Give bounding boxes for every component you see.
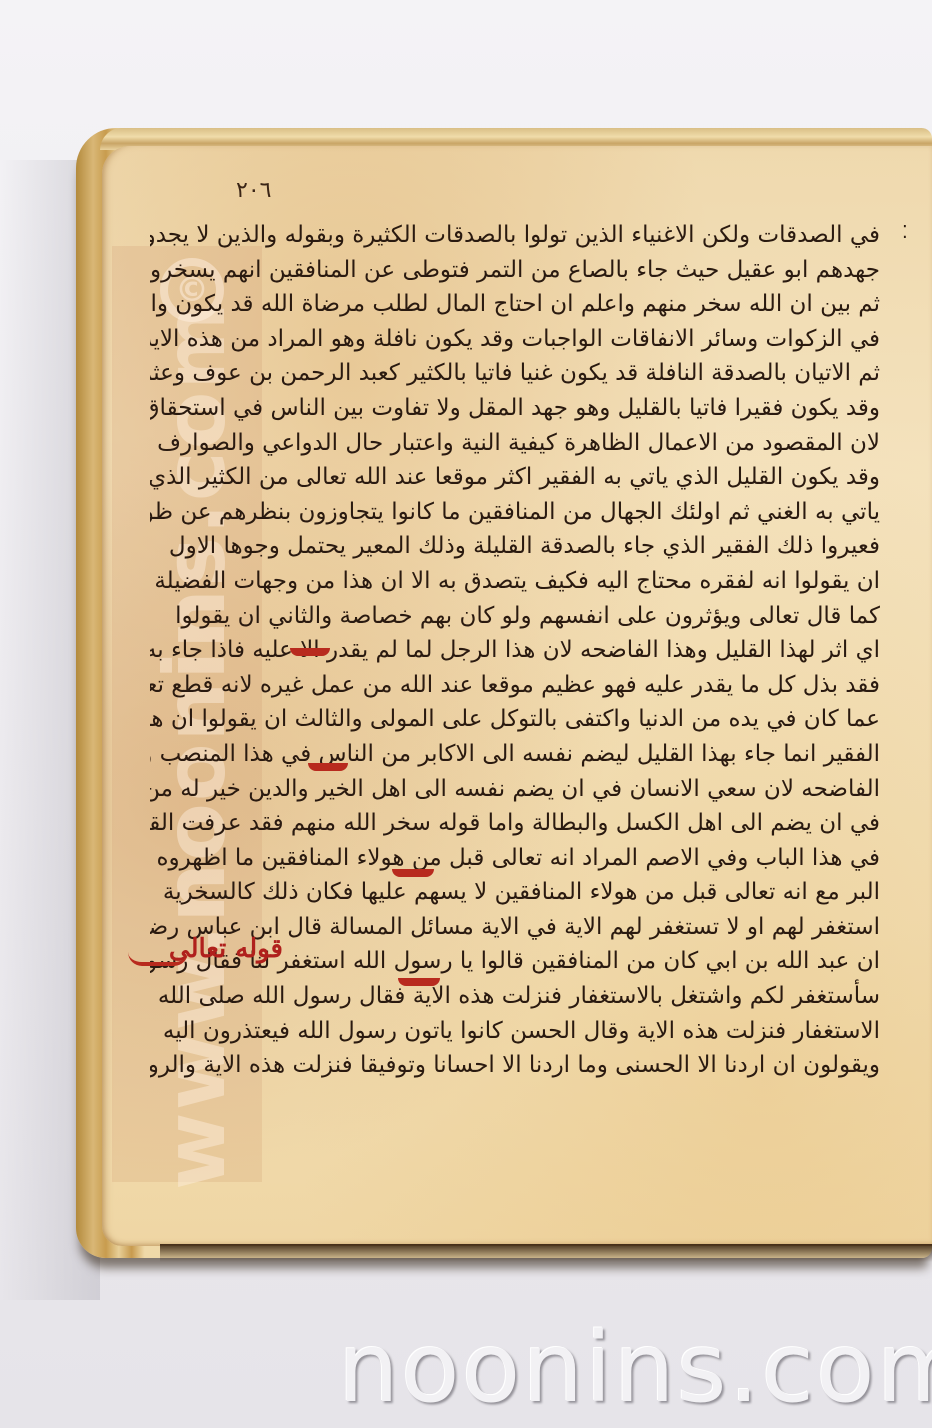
text-line: فعيروا ذلك الفقير الذي جاء بالصدقة القلي… <box>150 529 880 564</box>
text-line: فقد بذل كل ما يقدر عليه فهو عظيم موقعا ع… <box>150 668 880 703</box>
text-line: ثم الاتيان بالصدقة النافلة قد يكون غنيا … <box>150 356 880 391</box>
watermark-bottom: noonins.com <box>338 1318 932 1418</box>
text-line: الفاضحه لان سعي الانسان في ان يضم نفسه ا… <box>150 772 880 807</box>
red-overline <box>398 978 440 986</box>
text-line: ياتي به الغني ثم اولئك الجهال من المنافق… <box>150 495 880 530</box>
text-line: الفقير انما جاء بهذا القليل ليضم نفسه ال… <box>150 737 880 772</box>
text-line: جهدهم ابو عقيل حيث جاء بالصاع من التمر ف… <box>150 253 880 288</box>
text-line: ويقولون ان اردنا الا الحسنى وما اردنا ال… <box>150 1048 880 1083</box>
text-line: ثم بين ان الله سخر منهم واعلم ان احتاج ا… <box>150 287 880 322</box>
margin-marks: ⁚ <box>902 228 908 238</box>
rubric-label: قوله تعالى <box>169 934 283 964</box>
red-overline <box>308 763 348 771</box>
page-number: ٢٠٦ <box>236 178 271 203</box>
text-line: في الصدقات ولكن الاغنياء الذين تولوا بال… <box>150 218 880 253</box>
text-line: وقد يكون القليل الذي ياتي به الفقير اكثر… <box>150 460 880 495</box>
text-line: كما قال تعالى ويؤثرون على انفسهم ولو كان… <box>150 599 880 634</box>
text-line: لان المقصود من الاعمال الظاهرة كيفية الن… <box>150 426 880 461</box>
text-line: وقد يكون فقيرا فاتيا بالقليل وهو جهد الم… <box>150 391 880 426</box>
rubric-tail-stroke <box>128 952 188 966</box>
text-line: عما كان في يده من الدنيا واكتفى بالتوكل … <box>150 702 880 737</box>
text-line: في الزكوات وسائر الانفاقات الواجبات وقد … <box>150 322 880 357</box>
text-line: ان يقولوا انه لفقره محتاج اليه فكيف يتصد… <box>150 564 880 599</box>
text-line: في ان يضم الى اهل الكسل والبطالة واما قو… <box>150 806 880 841</box>
text-line: البر مع انه تعالى قبل من هولاء المنافقين… <box>150 875 880 910</box>
page-bottom-shadow <box>160 1244 932 1262</box>
text-line: سأستغفر لكم واشتغل بالاستغفار فنزلت هذه … <box>150 979 880 1014</box>
rubric-heading: قوله تعالى <box>128 934 283 974</box>
text-line: الاستغفار فنزلت هذه الاية وقال الحسن كان… <box>150 1014 880 1049</box>
red-overline <box>392 869 434 877</box>
text-line: اي اثر لهذا القليل وهذا الفاضحه لان هذا … <box>150 633 880 668</box>
text-line: في هذا الباب وفي الاصم المراد انه تعالى … <box>150 841 880 876</box>
red-overline <box>290 648 330 656</box>
